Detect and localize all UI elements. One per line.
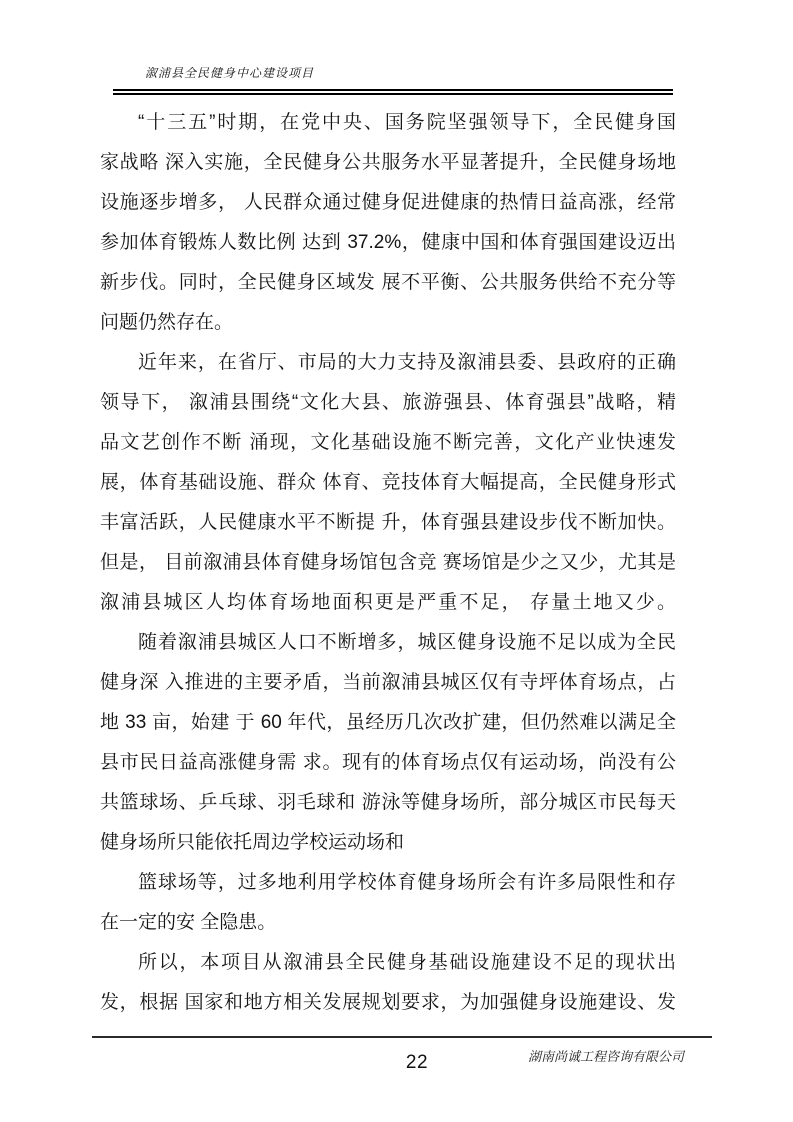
text-line: 在一定的安 全隐患。 [100, 903, 676, 943]
text-line: 新步伐。同时，全民健身区域发 展不平衡、公共服务供给不充分等 [100, 263, 676, 303]
text-line: 领导下， 溆浦县围绕“文化大县、旅游强县、体育强县”战略，精 [100, 383, 676, 423]
text-line: 所以，本项目从溆浦县全民健身基础设施建设不足的现状出 [100, 943, 676, 983]
text-line: 县市民日益高涨健身需 求。现有的体育场点仅有运动场，尚没有公 [100, 743, 676, 783]
text-line: 地 33 亩，始建 于 60 年代，虽经历几次改扩建，但仍然难以满足全 [100, 703, 676, 743]
text-line: 展，体育基础设施、群众 体育、竞技体育大幅提高，全民健身形式 [100, 463, 676, 503]
text-line: 参加体育锻炼人数比例 达到 37.2%，健康中国和体育强国建设迈出 [100, 223, 676, 263]
text-line: 但是， 目前溆浦县体育健身场馆包含竞 赛场馆是少之又少，尤其是 [100, 543, 676, 583]
header-title: 溆浦县全民健身中心建设项目 [145, 64, 314, 81]
footer-rule [92, 1036, 712, 1038]
page-number: 22 [92, 1052, 742, 1074]
text-line: 设施逐步增多， 人民群众通过健身促进健康的热情日益高涨，经常 [100, 183, 676, 223]
text-line: 健身场所只能依托周边学校运动场和 [100, 823, 676, 863]
text-line: 随着溆浦县城区人口不断增多，城区健身设施不足以成为全民 [100, 623, 676, 663]
header-double-rule [113, 89, 673, 95]
text-line: 家战略 深入实施，全民健身公共服务水平显著提升，全民健身场地 [100, 143, 676, 183]
text-line: 发，根据 国家和地方相关发展规划要求，为加强健身设施建设、发 [100, 983, 676, 1023]
text-line: 溆浦县城区人均体育场地面积更是严重不足， 存量土地又少。 [100, 583, 676, 623]
text-line: 品文艺创作不断 涌现，文化基础设施不断完善，文化产业快速发 [100, 423, 676, 463]
text-line: “十三五”时期，在党中央、国务院坚强领导下，全民健身国 [100, 103, 676, 143]
text-line: 篮球场等，过多地利用学校体育健身场所会有许多局限性和存 [100, 863, 676, 903]
text-line: 近年来，在省厅、市局的大力支持及溆浦县委、县政府的正确 [100, 343, 676, 383]
text-line: 健身深 入推进的主要矛盾，当前溆浦县城区仅有寺坪体育场点，占 [100, 663, 676, 703]
text-line: 问题仍然存在。 [100, 303, 676, 343]
text-line: 丰富活跃，人民健康水平不断提 升，体育强县建设步伐不断加快。 [100, 503, 676, 543]
text-line: 共篮球场、乒乓球、羽毛球和 游泳等健身场所，部分城区市民每天 [100, 783, 676, 823]
document-body: “十三五”时期，在党中央、国务院坚强领导下，全民健身国家战略 深入实施，全民健身… [100, 103, 676, 1023]
document-page: 溆浦县全民健身中心建设项目 “十三五”时期，在党中央、国务院坚强领导下，全民健身… [0, 0, 793, 1122]
